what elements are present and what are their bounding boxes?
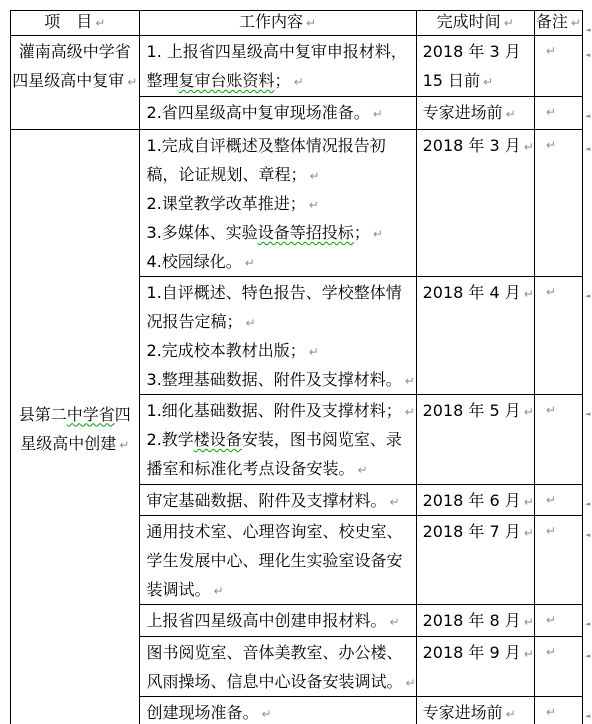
- header-work-content[interactable]: 工作内容↵: [139, 11, 416, 36]
- paragraph-mark-icon: ↵: [546, 493, 556, 507]
- row-end-mark-icon: ◄: [585, 713, 590, 720]
- time-cell[interactable]: 2018 年 3 月15 日前↵: [416, 36, 534, 97]
- row-end-mark-icon: ◄: [585, 146, 590, 153]
- paragraph-mark-icon: ↵: [546, 705, 556, 719]
- paragraph-mark-icon: ↵: [524, 140, 534, 154]
- text-line[interactable]: 2018 年 8 月↵: [423, 606, 534, 635]
- text-line[interactable]: 2018 年 7 月↵: [423, 517, 534, 546]
- work-content-cell[interactable]: 1.自评概述、特色报告、学校整体情况报告定稿；↵2.完成校本教材出版；↵3.整理…: [139, 277, 416, 395]
- paragraph-mark-icon: ↵: [506, 707, 516, 721]
- work-content-cell[interactable]: 图书阅览室、音体美教室、办公楼、风雨操场、信息中心设备安装调试。↵: [139, 637, 416, 697]
- text-line[interactable]: 装调试。↵: [147, 575, 416, 604]
- paragraph-mark-icon: ↵: [546, 524, 556, 538]
- time-cell[interactable]: 专家进场前↵: [416, 697, 534, 724]
- text-line[interactable]: 2018 年 3 月: [423, 37, 534, 66]
- paragraph-mark-icon: ↵: [294, 75, 304, 89]
- table-row: 灌南高级中学省四星级高中复审↵1. 上报省四星级高中复审申报材料，整理复审台账资…: [11, 36, 592, 97]
- paragraph-mark-icon: ↵: [214, 584, 224, 598]
- paragraph-mark-icon: ↵: [571, 16, 581, 30]
- paragraph-mark-icon: ↵: [405, 405, 415, 419]
- text-line[interactable]: 2.省四星级高中复审现场准备。↵: [147, 98, 416, 127]
- row-end-mark-cell: ◄: [582, 36, 591, 97]
- header-project[interactable]: 项 目↵: [11, 11, 140, 36]
- project-cell[interactable]: 灌南高级中学省四星级高中复审↵: [11, 36, 140, 130]
- row-end-mark-icon: ◄: [585, 113, 590, 120]
- row-end-mark-cell: ◄: [582, 485, 591, 516]
- paragraph-mark-icon: ↵: [119, 438, 129, 452]
- header-remarks[interactable]: 备注↵: [534, 11, 582, 36]
- paragraph-mark-icon: ↵: [262, 707, 272, 721]
- row-end-mark-cell: ◄: [582, 605, 591, 637]
- text-line[interactable]: ↵: [543, 490, 582, 508]
- text-line[interactable]: 灌南高级中学省: [11, 37, 139, 66]
- paragraph-mark-icon: ↵: [546, 613, 556, 627]
- paragraph-mark-icon: ↵: [524, 526, 534, 540]
- spellcheck-underline: 楼设备: [194, 430, 242, 449]
- header-row: 项 目↵ 工作内容↵ 完成时间↵ 备注↵ ◄: [11, 11, 592, 36]
- paragraph-mark-icon: ↵: [309, 345, 319, 359]
- row-end-mark-cell: ◄: [582, 277, 591, 395]
- text-line[interactable]: 2.课堂教学改革推进；↵: [147, 189, 416, 218]
- work-content-cell[interactable]: 创建现场准备。↵: [139, 697, 416, 724]
- paragraph-mark-icon: ↵: [390, 615, 400, 629]
- work-content-cell[interactable]: 2.省四星级高中复审现场准备。↵: [139, 97, 416, 130]
- time-cell[interactable]: 2018 年 3 月↵: [416, 130, 534, 277]
- paragraph-mark-icon: ↵: [310, 169, 320, 183]
- text-line[interactable]: 风雨操场、信息中心设备安装调试。↵: [147, 667, 416, 696]
- text-line[interactable]: ↵: [543, 400, 582, 418]
- work-content-cell[interactable]: 1. 上报省四星级高中复审申报材料，整理复审台账资料；↵: [139, 36, 416, 97]
- paragraph-mark-icon: ↵: [95, 16, 105, 30]
- note-cell[interactable]: ↵: [534, 637, 582, 697]
- time-cell[interactable]: 2018 年 9 月↵: [416, 637, 534, 697]
- text-line[interactable]: 2018 年 9 月↵: [423, 638, 534, 667]
- row-end-mark-icon: ◄: [585, 27, 590, 34]
- paragraph-mark-icon: ↵: [546, 285, 556, 299]
- text-line[interactable]: 15 日前↵: [423, 66, 534, 95]
- text-line[interactable]: ↵: [543, 610, 582, 628]
- paragraph-mark-icon: ↵: [373, 107, 383, 121]
- work-content-cell[interactable]: 通用技术室、心理咨询室、校史室、学生发展中心、理化生实验室设备安装调试。↵: [139, 516, 416, 605]
- text-line[interactable]: 2018 年 5 月↵: [423, 396, 534, 425]
- row-end-mark-cell: ◄: [582, 516, 591, 605]
- row-end-mark-cell: ◄: [582, 637, 591, 697]
- note-cell[interactable]: ↵: [534, 605, 582, 637]
- text-line[interactable]: 上报省四星级高中创建申报材料。↵: [147, 606, 416, 635]
- paragraph-mark-icon: ↵: [546, 138, 556, 152]
- text-line[interactable]: 整理复审台账资料；↵: [147, 66, 416, 95]
- text-line[interactable]: 专家进场前↵: [423, 98, 534, 127]
- text-line[interactable]: 1.细化基础数据、附件及支撑材料；↵: [147, 396, 416, 425]
- paragraph-mark-icon: ↵: [309, 198, 319, 212]
- time-cell[interactable]: 2018 年 7 月↵: [416, 516, 534, 605]
- note-cell[interactable]: ↵: [534, 36, 582, 97]
- note-cell[interactable]: ↵: [534, 697, 582, 724]
- paragraph-mark-icon: ↵: [405, 374, 415, 388]
- text-line[interactable]: 播室和标准化考点设备安装。↵: [147, 454, 416, 483]
- text-line[interactable]: 图书阅览室、音体美教室、办公楼、: [147, 638, 416, 667]
- text-line[interactable]: ↵: [543, 521, 582, 539]
- paragraph-mark-icon: ↵: [546, 44, 556, 58]
- text-line[interactable]: 4.校园绿化。↵: [147, 247, 416, 276]
- row-end-mark-icon: ◄: [585, 501, 590, 508]
- note-cell[interactable]: ↵: [534, 130, 582, 277]
- text-line[interactable]: 1. 上报省四星级高中复审申报材料，: [147, 37, 416, 66]
- work-content-cell[interactable]: 1.细化基础数据、附件及支撑材料；↵2.教学楼设备安装，图书阅览室、录播室和标准…: [139, 395, 416, 485]
- work-content-cell[interactable]: 1.完成自评概述及整体情况报告初稿，论证规划、章程；↵2.课堂教学改革推进；↵3…: [139, 130, 416, 277]
- row-end-mark-icon: ◄: [585, 532, 590, 539]
- text-line[interactable]: ↵: [543, 702, 582, 720]
- header-label: 完成时间: [437, 12, 501, 31]
- header-label: 项 目: [44, 12, 92, 31]
- text-line[interactable]: 2.教学楼设备安装，图书阅览室、录: [147, 425, 416, 454]
- paragraph-mark-icon: ↵: [245, 256, 255, 270]
- text-line[interactable]: 2.完成校本教材出版；↵: [147, 336, 416, 365]
- row-end-mark-cell: ◄: [582, 395, 591, 485]
- time-cell[interactable]: 2018 年 4 月↵: [416, 277, 534, 395]
- spellcheck-underline: 中学省: [67, 405, 115, 424]
- spellcheck-underline: 复审台账资料: [179, 71, 275, 90]
- text-line[interactable]: 专家进场前↵: [423, 698, 534, 724]
- paragraph-mark-icon: ↵: [524, 405, 534, 419]
- note-cell[interactable]: ↵: [534, 485, 582, 516]
- time-cell[interactable]: 专家进场前↵: [416, 97, 534, 130]
- note-cell[interactable]: ↵: [534, 395, 582, 485]
- text-line[interactable]: 星级高中创建↵: [11, 429, 139, 458]
- time-cell[interactable]: 2018 年 5 月↵: [416, 395, 534, 485]
- row-end-mark-icon: ◄: [585, 52, 590, 59]
- text-line[interactable]: 通用技术室、心理咨询室、校史室、: [147, 517, 416, 546]
- paragraph-mark-icon: ↵: [306, 16, 316, 30]
- time-cell[interactable]: 2018 年 8 月↵: [416, 605, 534, 637]
- paragraph-mark-icon: ↵: [406, 676, 416, 690]
- text-line[interactable]: ↵: [543, 642, 582, 660]
- row-end-mark-icon: ◄: [585, 411, 590, 418]
- paragraph-mark-icon: ↵: [127, 75, 137, 89]
- paragraph-mark-icon: ↵: [546, 105, 556, 119]
- paragraph-mark-icon: ↵: [524, 287, 534, 301]
- paragraph-mark-icon: ↵: [373, 227, 383, 241]
- text-line[interactable]: ↵: [543, 282, 582, 300]
- paragraph-mark-icon: ↵: [358, 463, 368, 477]
- note-cell[interactable]: ↵: [534, 516, 582, 605]
- paragraph-mark-icon: ↵: [246, 316, 256, 330]
- text-line[interactable]: ↵: [543, 102, 582, 120]
- row-end-mark-cell: ◄: [582, 11, 591, 36]
- text-line[interactable]: 创建现场准备。↵: [147, 698, 416, 724]
- row-end-mark-icon: ◄: [585, 653, 590, 660]
- row-end-mark-cell: ◄: [582, 130, 591, 277]
- table-row: 县第二中学省四星级高中创建↵1.完成自评概述及整体情况报告初稿，论证规划、章程；…: [11, 130, 592, 277]
- paragraph-mark-icon: ↵: [524, 615, 534, 629]
- paragraph-mark-icon: ↵: [504, 16, 514, 30]
- text-line[interactable]: 2018 年 3 月↵: [423, 131, 534, 160]
- paragraph-mark-icon: ↵: [483, 75, 493, 89]
- note-cell[interactable]: ↵: [534, 97, 582, 130]
- work-content-cell[interactable]: 审定基础数据、附件及支撑材料。↵: [139, 485, 416, 516]
- text-line[interactable]: 稿，论证规划、章程；↵: [147, 160, 416, 189]
- row-end-mark-icon: ◄: [585, 621, 590, 628]
- project-cell[interactable]: 县第二中学省四星级高中创建↵: [11, 130, 140, 724]
- header-completion-time[interactable]: 完成时间↵: [416, 11, 534, 36]
- paragraph-mark-icon: ↵: [390, 495, 400, 509]
- row-end-mark-icon: ◄: [585, 293, 590, 300]
- text-line[interactable]: ↵: [543, 41, 582, 59]
- text-line[interactable]: ↵: [543, 135, 582, 153]
- time-cell[interactable]: 2018 年 6 月↵: [416, 485, 534, 516]
- row-end-mark-cell: ◄: [582, 97, 591, 130]
- text-line[interactable]: 1.自评概述、特色报告、学校整体情: [147, 278, 416, 307]
- paragraph-mark-icon: ↵: [546, 403, 556, 417]
- text-line[interactable]: 学生发展中心、理化生实验室设备安: [147, 546, 416, 575]
- text-line[interactable]: 县第二中学省四: [11, 400, 139, 429]
- schedule-table-body: 灌南高级中学省四星级高中复审↵1. 上报省四星级高中复审申报材料，整理复审台账资…: [11, 36, 592, 724]
- note-cell[interactable]: ↵: [534, 277, 582, 395]
- text-line[interactable]: 审定基础数据、附件及支撑材料。↵: [147, 486, 416, 515]
- header-label: 工作内容: [239, 12, 303, 31]
- paragraph-mark-icon: ↵: [524, 495, 534, 509]
- schedule-table: 项 目↵ 工作内容↵ 完成时间↵ 备注↵ ◄ 灌南高级中学省四星级高中复审↵1.…: [10, 10, 592, 724]
- text-line[interactable]: 四星级高中复审↵: [11, 66, 139, 95]
- paragraph-mark-icon: ↵: [506, 107, 516, 121]
- paragraph-mark-icon: ↵: [546, 645, 556, 659]
- header-label: 备注: [536, 12, 568, 31]
- text-line[interactable]: 2018 年 4 月↵: [423, 278, 534, 307]
- text-line[interactable]: 况报告定稿；↵: [147, 307, 416, 336]
- text-line[interactable]: 1.完成自评概述及整体情况报告初: [147, 131, 416, 160]
- paragraph-mark-icon: ↵: [524, 647, 534, 661]
- work-content-cell[interactable]: 上报省四星级高中创建申报材料。↵: [139, 605, 416, 637]
- spellcheck-underline: 设备等招投标: [258, 223, 354, 242]
- text-line[interactable]: 2018 年 6 月↵: [423, 486, 534, 515]
- row-end-mark-cell: ◄: [582, 697, 591, 724]
- text-line[interactable]: 3.整理基础数据、附件及支撑材料。↵: [147, 365, 416, 394]
- text-line[interactable]: 3.多媒体、实验设备等招投标；↵: [147, 218, 416, 247]
